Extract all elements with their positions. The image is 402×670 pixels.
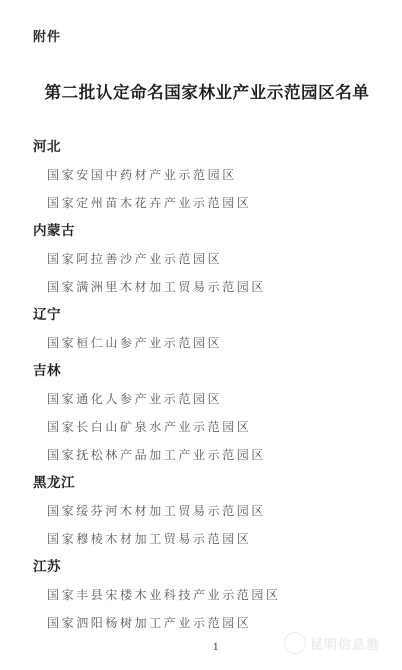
province-sections: 河北 国家安国中药材产业示范园区 国家定州苗木花卉产业示范园区 内蒙古 国家阿拉…	[0, 136, 402, 640]
park-item: 国家通化人参产业示范园区	[47, 388, 402, 410]
watermark-logo-icon	[284, 632, 306, 654]
page-number: 1	[213, 643, 219, 653]
park-item: 国家满洲里木材加工贸易示范园区	[47, 276, 402, 298]
park-item: 国家绥芬河木材加工贸易示范园区	[47, 500, 402, 522]
watermark: 昆明信息港	[284, 632, 380, 654]
park-item: 国家安国中药材产业示范园区	[47, 164, 402, 186]
document-title: 第二批认定命名国家林业产业示范园区名单	[0, 79, 402, 103]
section-hebei: 河北 国家安国中药材产业示范园区 国家定州苗木花卉产业示范园区	[0, 136, 402, 214]
section-inner-mongolia: 内蒙古 国家阿拉善沙产业示范园区 国家满洲里木材加工贸易示范园区	[0, 220, 402, 298]
park-item: 国家丰县宋楼木业科技产业示范园区	[47, 584, 402, 606]
park-item: 国家阿拉善沙产业示范园区	[47, 248, 402, 270]
park-item: 国家长白山矿泉水产业示范园区	[47, 416, 402, 438]
section-jiangsu: 江苏 国家丰县宋楼木业科技产业示范园区 国家泗阳杨树加工产业示范园区	[0, 556, 402, 634]
province-heading: 江苏	[33, 556, 402, 578]
park-item: 国家桓仁山参产业示范园区	[47, 332, 402, 354]
province-heading: 河北	[33, 136, 402, 158]
province-heading: 吉林	[33, 360, 402, 382]
province-heading: 内蒙古	[33, 220, 402, 242]
province-heading: 黑龙江	[33, 472, 402, 494]
section-jilin: 吉林 国家通化人参产业示范园区 国家长白山矿泉水产业示范园区 国家抚松林产品加工…	[0, 360, 402, 466]
park-item: 国家泗阳杨树加工产业示范园区	[47, 612, 402, 634]
province-heading: 辽宁	[33, 304, 402, 326]
document-page: 附件 第二批认定命名国家林业产业示范园区名单 河北 国家安国中药材产业示范园区 …	[0, 0, 402, 670]
watermark-text: 昆明信息港	[310, 634, 380, 653]
attachment-label: 附件	[33, 26, 61, 45]
park-item: 国家抚松林产品加工产业示范园区	[47, 444, 402, 466]
park-item: 国家穆棱木材加工贸易示范园区	[47, 528, 402, 550]
park-item: 国家定州苗木花卉产业示范园区	[47, 192, 402, 214]
section-heilongjiang: 黑龙江 国家绥芬河木材加工贸易示范园区 国家穆棱木材加工贸易示范园区	[0, 472, 402, 550]
section-liaoning: 辽宁 国家桓仁山参产业示范园区	[0, 304, 402, 354]
